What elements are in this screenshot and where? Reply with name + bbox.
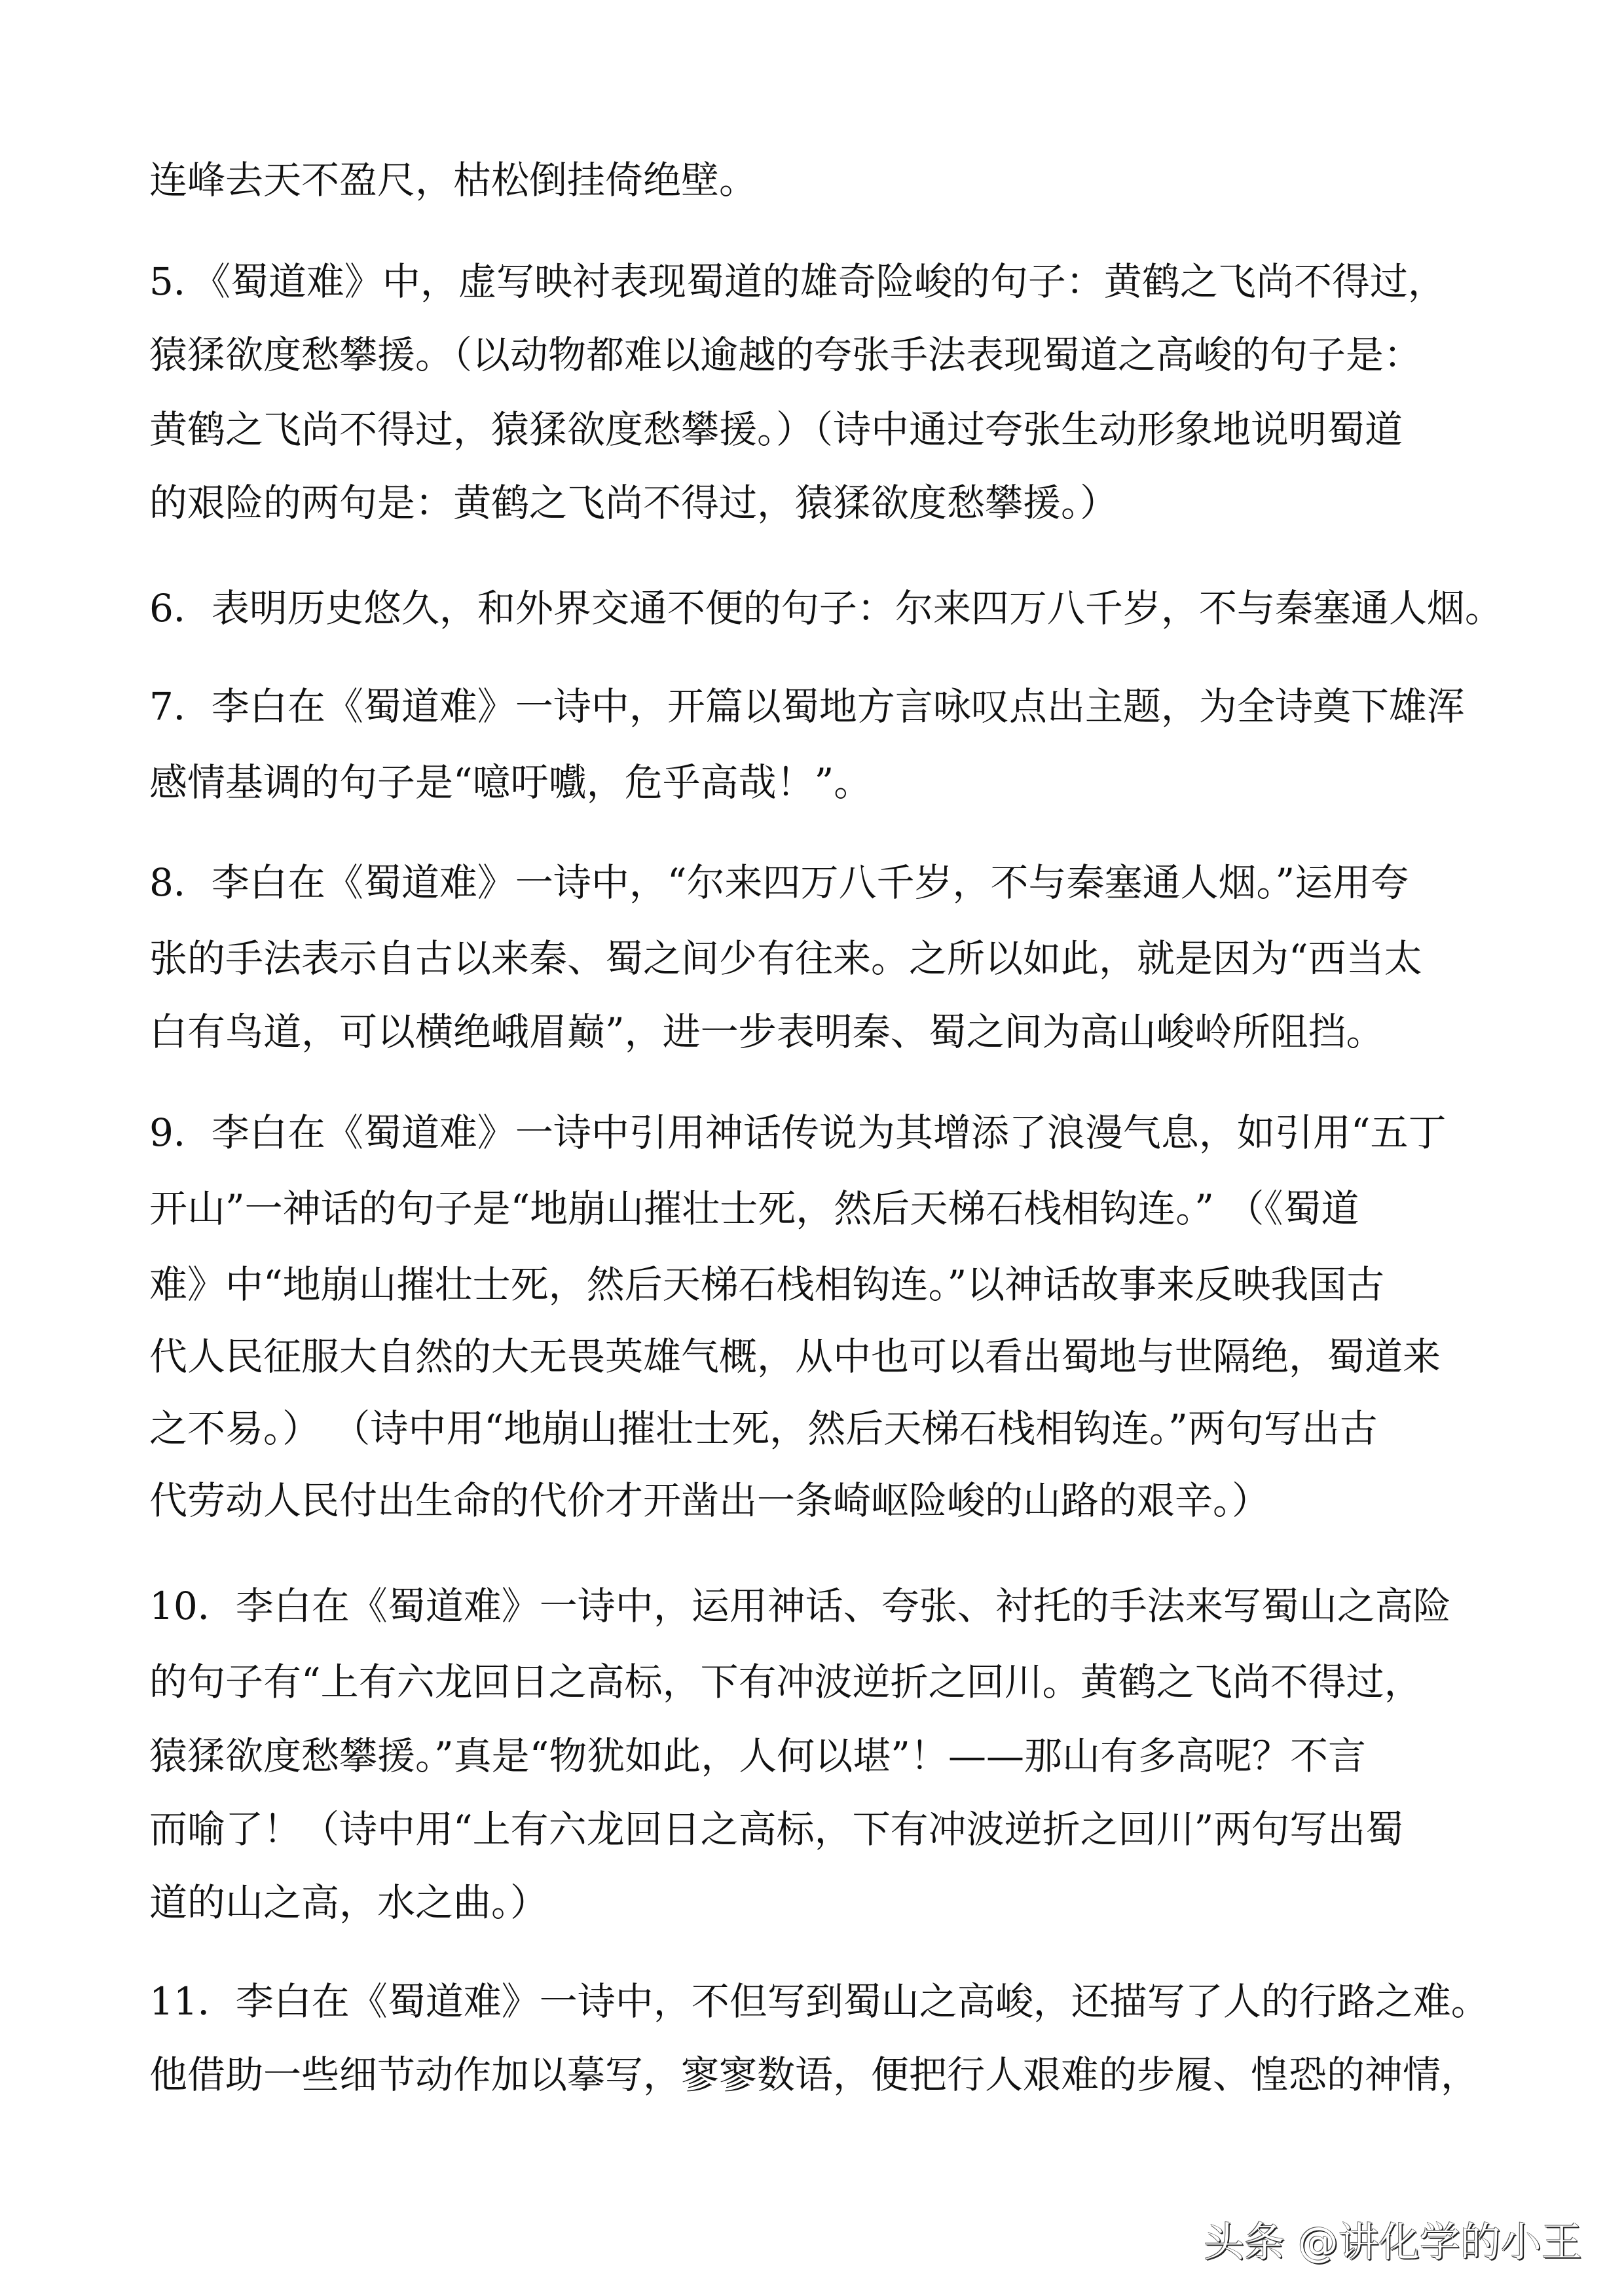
item-10-line: 猿猱欲度愁攀援。”真是“物犹如此，人何以堪”！——那山有多高呢？不言 [149, 1719, 1366, 1793]
item-5-line: 的艰险的两句是：黄鹤之飞尚不得过，猿猱欲度愁攀援。） [149, 466, 1118, 539]
item-9-line: 代劳动人民付出生命的代价才开凿出一条崎岖险峻的山路的艰辛。） [149, 1464, 1270, 1537]
item-5-line: 黄鹤之飞尚不得过，猿猱欲度愁攀援。）（诗中通过夸张生动形象地说明蜀道 [149, 393, 1403, 466]
item-8-line: 白有鸟道，可以横绝峨眉巅”，进一步表明秦、蜀之间为高山峻岭所阻挡。 [149, 995, 1384, 1068]
item-9-line: 代人民征服大自然的大无畏英雄气概，从中也可以看出蜀地与世隔绝，蜀道来 [149, 1320, 1441, 1393]
item-8-line: 8．李白在《蜀道难》一诗中，“尔来四万八千岁，不与秦塞通人烟。”运用夸 [149, 846, 1409, 919]
item-9-line: 9．李白在《蜀道难》一诗中引用神话传说为其增添了浪漫气息，如引用“五丁 [149, 1096, 1447, 1169]
item-7-line: 感情基调的句子是“噫吁嚱，危乎高哉！”。 [149, 746, 872, 819]
item-9-line: 之不易。） （诗中用“地崩山摧壮士死，然后天梯石栈相钩连。”两句写出古 [149, 1392, 1378, 1465]
item-6-line: 6．表明历史悠久，和外界交通不便的句子：尔来四万八千岁，不与秦塞通人烟。 [149, 572, 1503, 645]
item-10-line: 的句子有“上有六龙回日之高标，下有冲波逆折之回川。黄鹤之飞尚不得过， [149, 1645, 1422, 1719]
item-10-line: 10．李白在《蜀道难》一诗中，运用神话、夸张、衬托的手法来写蜀山之高险 [149, 1569, 1451, 1643]
watermark: 头条 @讲化学的小王 [1204, 2213, 1582, 2272]
item-9-line: 开山”一神话的句子是“地崩山摧壮士死，然后天梯石栈相钩连。” （《蜀道 [149, 1172, 1359, 1245]
item-10-line: 道的山之高，水之曲。） [149, 1866, 548, 1939]
text-line: 连峰去天不盈尺，枯松倒挂倚绝壁。 [149, 143, 757, 217]
document-page: 连峰去天不盈尺，枯松倒挂倚绝壁。 5．《蜀道难》中，虚写映衬表现蜀道的雄奇险峻的… [0, 0, 1624, 2296]
item-7-line: 7．李白在《蜀道难》一诗中，开篇以蜀地方言咏叹点出主题，为全诗奠下雄浑 [149, 670, 1465, 743]
item-10-line: 而喻了！（诗中用“上有六龙回日之高标，下有冲波逆折之回川”两句写出蜀 [149, 1793, 1403, 1866]
item-9-line: 难》中“地崩山摧壮士死，然后天梯石栈相钩连。”以神话故事来反映我国古 [149, 1248, 1384, 1321]
item-11-line: 他借助一些细节动作加以摹写，寥寥数语，便把行人艰难的步履、惶恐的神情， [149, 2038, 1479, 2111]
item-8-line: 张的手法表示自古以来秦、蜀之间少有往来。之所以如此，就是因为“西当太 [149, 922, 1422, 995]
item-11-line: 11．李白在《蜀道难》一诗中，不但写到蜀山之高峻，还描写了人的行路之难。 [149, 1965, 1489, 2038]
item-5-line: 5．《蜀道难》中，虚写映衬表现蜀道的雄奇险峻的句子：黄鹤之飞尚不得过， [149, 245, 1446, 318]
item-5-line: 猿猱欲度愁攀援。（以动物都难以逾越的夸张手法表现蜀道之高峻的句子是： [149, 318, 1422, 392]
